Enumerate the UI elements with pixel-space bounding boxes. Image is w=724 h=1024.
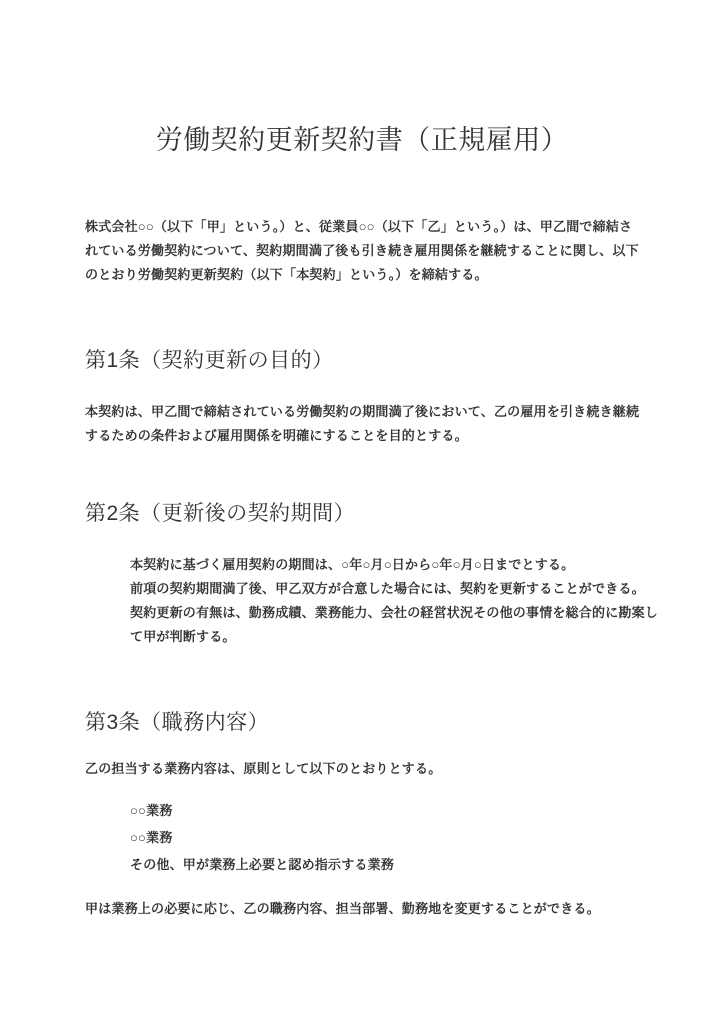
document-title: 労働契約更新契約書（正規雇用） — [0, 122, 724, 158]
article-3-heading: 第3条（職務内容） — [85, 709, 269, 736]
article-3-paragraph: 乙の担当する業務内容は、原則として以下のとおりとする。 — [85, 757, 641, 781]
article-3-closing-paragraph: 甲は業務上の必要に応じ、乙の職務内容、担当部署、勤務地を変更することができる。 — [85, 897, 655, 921]
duties-list: ○○業務 ○○業務 その他、甲が業務上必要と認め指示する業務 — [130, 799, 665, 880]
intro-paragraph: 株式会社○○（以下「甲」という。）と、従業員○○（以下「乙」という。）は、甲乙間… — [85, 215, 641, 287]
article-2-term-paragraph: 契約更新の有無は、勤務成績、業務能力、会社の経営状況その他の事情を総合的に勘案し… — [130, 601, 665, 649]
article-2-term-paragraph: 前項の契約期間満了後、甲乙双方が合意した場合には、契約を更新することができる。 — [130, 577, 665, 601]
duties-list-item: ○○業務 — [130, 826, 665, 850]
article-1-paragraph: 本契約は、甲乙間で締結されている労働契約の期間満了後において、乙の雇用を引き続き… — [85, 400, 641, 448]
article-2-term-paragraph: 本契約に基づく雇用契約の期間は、○年○月○日から○年○月○日までとする。 — [130, 553, 665, 577]
contract-document-page: 労働契約更新契約書（正規雇用） 株式会社○○（以下「甲」という。）と、従業員○○… — [0, 0, 724, 1024]
article-1-heading: 第1条（契約更新の目的） — [85, 347, 334, 374]
article-2-terms-block: 本契約に基づく雇用契約の期間は、○年○月○日から○年○月○日までとする。 前項の… — [130, 553, 665, 649]
duties-list-item: その他、甲が業務上必要と認め指示する業務 — [130, 853, 665, 877]
duties-list-item: ○○業務 — [130, 799, 665, 823]
article-2-heading: 第2条（更新後の契約期間） — [85, 500, 355, 527]
